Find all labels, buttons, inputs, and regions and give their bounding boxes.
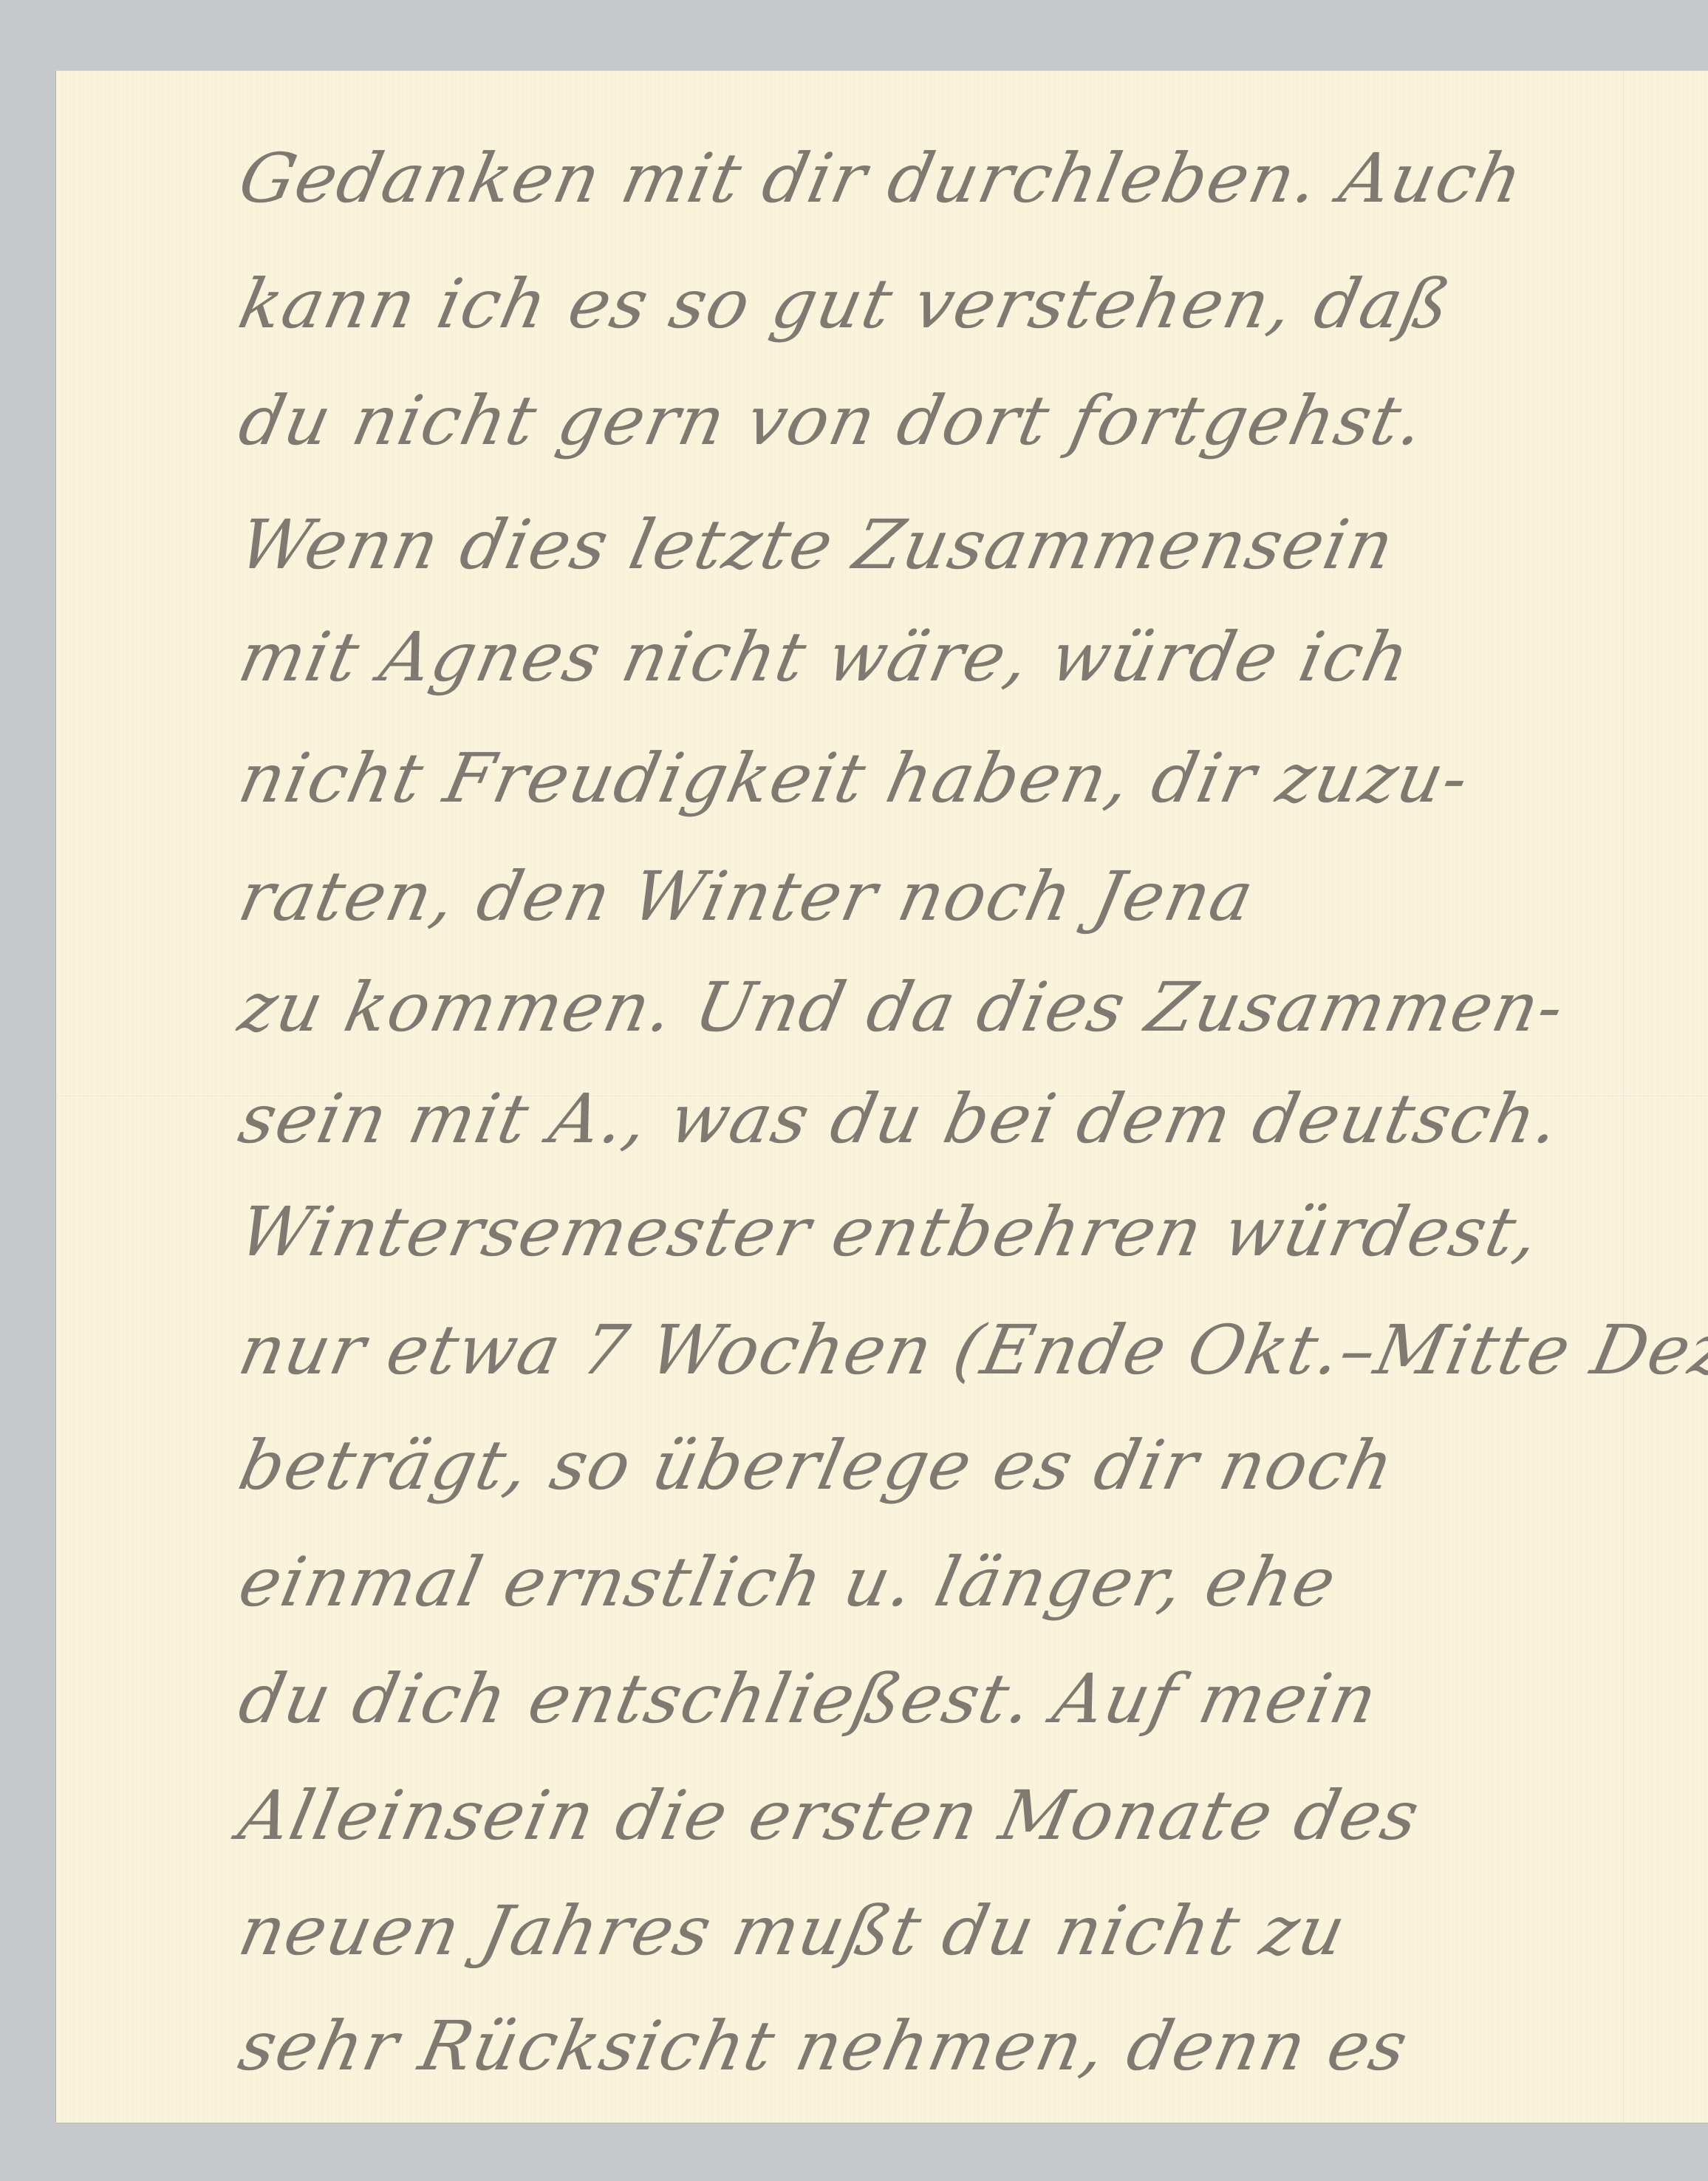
text-line-12: beträgt, so überlege es dir noch [233,1432,1401,1500]
text-line-2: kann ich es so gut verstehen, daß [233,270,1457,338]
text-line-16: neuen Jahres mußt du nicht zu [233,1897,1352,1965]
text-line-5: mit Agnes nicht wäre, würde ich [233,624,1416,692]
text-line-11: nur etwa 7 Wochen (Ende Okt.–Mitte Dez.) [233,1317,1708,1385]
handwritten-text-body: Gedanken mit dir durchleben. Auch kann i… [56,71,1708,2123]
text-line-7: raten, den Winter noch Jena [233,863,1260,931]
text-line-9: sein mit A., was du bei dem deutsch. [233,1085,1566,1153]
text-line-8: zu kommen. Und da dies Zusammen- [233,974,1571,1042]
text-line-13: einmal ernstlich u. länger, ehe [233,1549,1342,1617]
text-line-6: nicht Freudigkeit haben, dir zuzu- [233,745,1475,813]
text-line-3: du nicht gern von dort fortgehst. [233,387,1431,455]
text-line-17: sehr Rücksicht nehmen, denn es [233,2013,1414,2081]
text-line-10: Wintersemester entbehren würdest, [233,1198,1546,1266]
text-line-15: Alleinsein die ersten Monate des [233,1782,1426,1850]
text-line-1: Gedanken mit dir durchleben. Auch [233,145,1529,213]
letter-page: Gedanken mit dir durchleben. Auch kann i… [56,71,1708,2123]
text-line-14: du dich entschließest. Auf mein [233,1665,1384,1733]
text-line-4: Wenn dies letzte Zusammensein [233,511,1401,579]
